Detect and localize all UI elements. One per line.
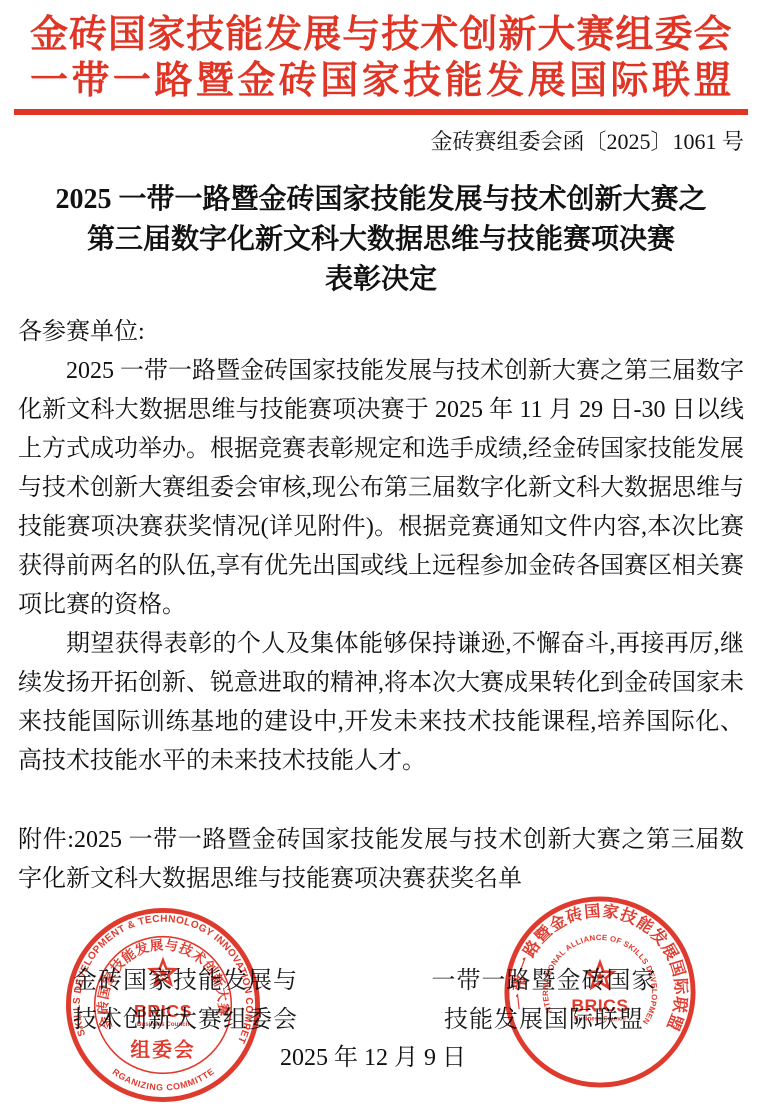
title-line-3: 表彰决定 — [0, 260, 762, 300]
title-line-1: 2025 一带一路暨金砖国家技能发展与技术创新大赛之 — [0, 180, 762, 220]
seal-right-brand-text: BRICS — [571, 996, 628, 1016]
document-number: 金砖赛组委会函〔2025〕1061 号 — [0, 128, 762, 156]
seal-left-brand-text: BRICS — [134, 1001, 192, 1021]
title-line-2: 第三届数字化新文科大数据思维与技能赛项决赛 — [0, 220, 762, 260]
paragraph-1: 2025 一带一路暨金砖国家技能发展与技术创新大赛之第三届数字化新文科大数据思维… — [18, 352, 744, 625]
international-alliance-seal-icon: 一带一路暨金砖国家技能发展国际联盟 INTERNATIONAL ALLIANCE… — [502, 894, 698, 1090]
seal-left-center-label: 组委会 — [130, 1038, 195, 1061]
brics-star-icon — [583, 959, 617, 991]
letterhead-line-2: 一带一路暨金砖国家技能发展国际联盟 — [30, 58, 732, 104]
organizing-committee-seal-icon: BRICS SKILLS DEVELOPMENT & TECHNOLOGY IN… — [64, 906, 262, 1104]
document-page: 金砖国家技能发展与技术创新大赛组委会 一带一路暨金砖国家技能发展国际联盟 金砖赛… — [0, 0, 762, 1116]
document-title: 2025 一带一路暨金砖国家技能发展与技术创新大赛之 第三届数字化新文科大数据思… — [0, 180, 762, 300]
brics-star-icon — [147, 956, 179, 986]
attachment-note: 附件:2025 一带一路暨金砖国家技能发展与技术创新大赛之第三届数字化新文科大数… — [18, 821, 744, 899]
letterhead-double-rule — [14, 109, 748, 115]
document-body: 各参赛单位: 2025 一带一路暨金砖国家技能发展与技术创新大赛之第三届数字化新… — [18, 313, 744, 899]
paragraph-2: 期望获得表彰的个人及集体能够保持谦逊,不懈奋斗,再接再厉,继续发扬开拓创新、锐意… — [18, 625, 744, 781]
letterhead: 金砖国家技能发展与技术创新大赛组委会 一带一路暨金砖国家技能发展国际联盟 — [0, 0, 762, 104]
seal-right-brand-subtext: Business Council — [574, 1015, 626, 1022]
letterhead-line-1: 金砖国家技能发展与技术创新大赛组委会 — [30, 12, 732, 58]
seal-left-brand-subtext: Business Council — [137, 1021, 189, 1028]
salutation: 各参赛单位: — [18, 313, 744, 352]
